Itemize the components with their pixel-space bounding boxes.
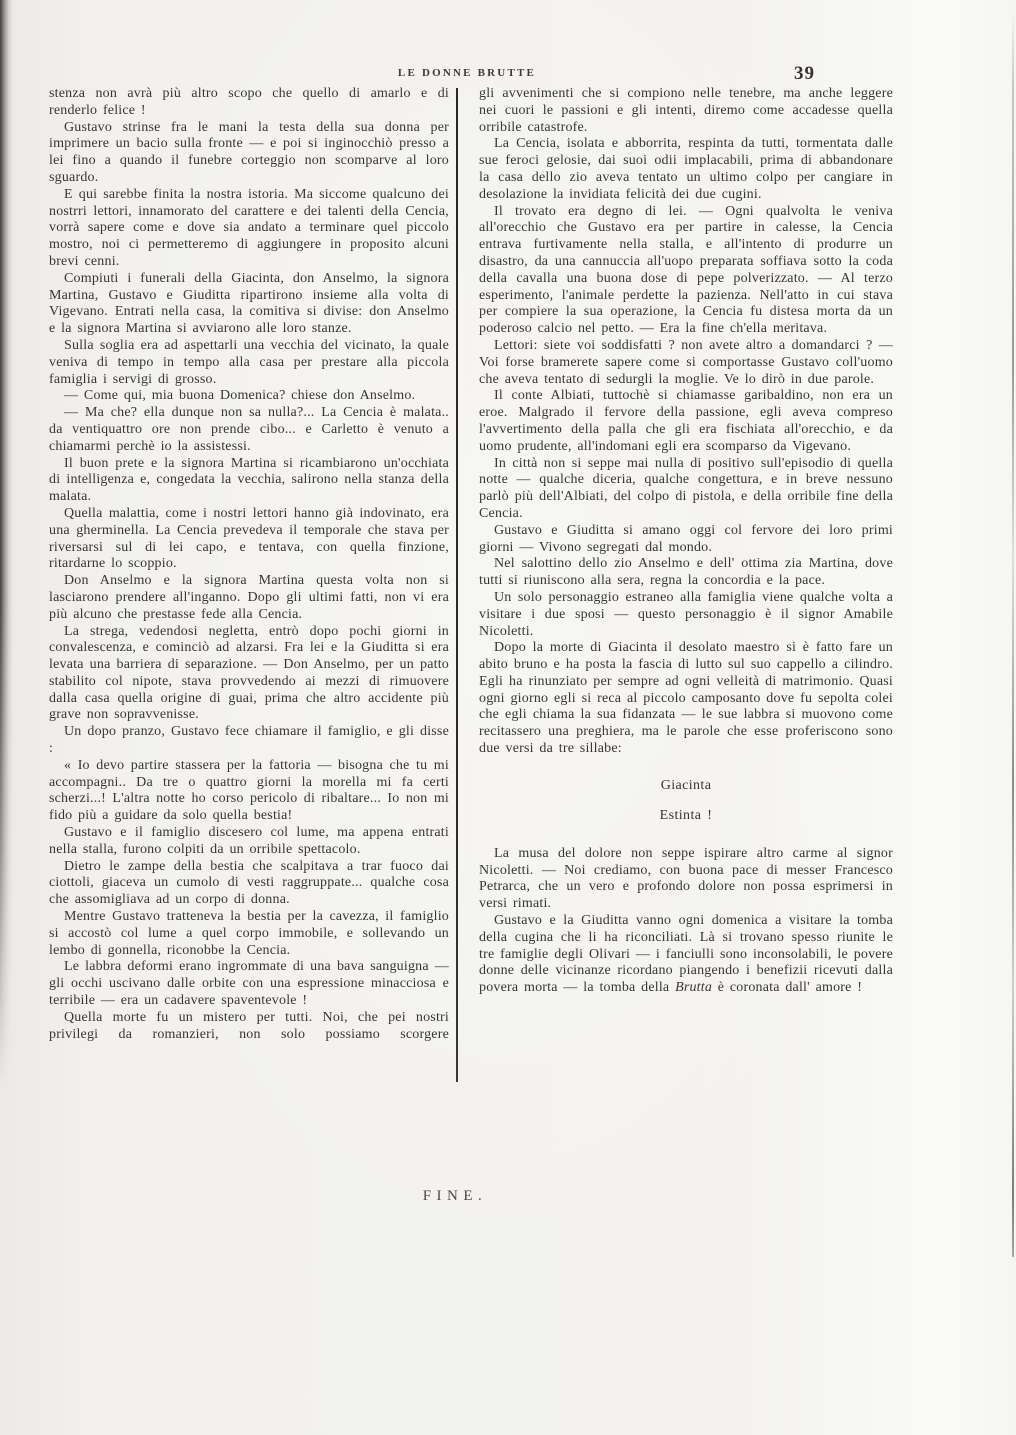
text-run: Mentre Gustavo tratteneva la bestia per … <box>49 909 449 958</box>
paragraph: — Ma che? ella dunque non sa nulla?... L… <box>49 405 449 455</box>
scanned-book-page: LE DONNE BRUTTE 39 stenza non avrà più a… <box>0 0 1016 1435</box>
paragraph: La musa del dolore non seppe ispirare al… <box>479 846 893 913</box>
right-column-upper-text: gli avvenimenti che si compiono nelle te… <box>479 86 893 758</box>
page-number: 39 <box>794 63 815 85</box>
paragraph: Don Anselmo e la signora Martina questa … <box>49 573 449 623</box>
text-run: Quella morte fu un mistero per tutti. No… <box>49 1010 449 1042</box>
paragraph: Compiuti i funerali della Giacinta, don … <box>49 271 449 338</box>
text-run: — Ma che? ella dunque non sa nulla?... L… <box>49 405 449 454</box>
text-run: « Io devo partire stassera per la fattor… <box>49 758 449 823</box>
left-text-column: stenza non avrà più altro scopo che quel… <box>49 86 449 1043</box>
paragraph: Il trovato era degno di lei. — Ogni qual… <box>479 204 893 338</box>
text-run: Lettori: siete voi soddisfatti ? non ave… <box>479 338 893 387</box>
scan-right-edge-line <box>1012 12 1014 1257</box>
text-run: La Cencia, isolata e abborrita, respinta… <box>479 136 893 201</box>
column-divider-rule <box>456 88 458 1082</box>
paragraph: Un dopo pranzo, Gustavo fece chiamare il… <box>49 724 449 758</box>
paragraph: Le labbra deformi erano ingrommate di un… <box>49 959 449 1009</box>
paragraph: La Cencia, isolata e abborrita, respinta… <box>479 136 893 203</box>
text-run: stenza non avrà più altro scopo che quel… <box>49 86 449 118</box>
fine-label: FINE. <box>423 1188 488 1205</box>
paragraph: Sulla soglia era ad aspettarli una vecch… <box>49 338 449 388</box>
text-run: Gustavo strinse fra le mani la testa del… <box>49 120 449 185</box>
paragraph: Il conte Albiati, tuttochè si chiamasse … <box>479 388 893 455</box>
text-run: Gustavo e il famiglio discesero col lume… <box>49 825 449 857</box>
paragraph: E qui sarebbe finita la nostra istoria. … <box>49 187 449 271</box>
paragraph: Quella morte fu un mistero per tutti. No… <box>49 1010 449 1044</box>
italic-text: Brutta <box>675 980 712 995</box>
right-text-column: gli avvenimenti che si compiono nelle te… <box>479 86 893 997</box>
text-run: Dopo la morte di Giacinta il desolato ma… <box>479 640 893 756</box>
text-run: Il buon prete e la signora Martina si ri… <box>49 456 449 505</box>
text-run: Gustavo e Giuditta si amano oggi col fer… <box>479 523 893 555</box>
paragraph: Dopo la morte di Giacinta il desolato ma… <box>479 640 893 758</box>
scan-left-edge-shadow <box>0 0 13 1085</box>
text-run: Il trovato era degno di lei. — Ogni qual… <box>479 204 893 337</box>
paragraph: Lettori: siete voi soddisfatti ? non ave… <box>479 338 893 388</box>
right-column-lower-text: La musa del dolore non seppe ispirare al… <box>479 846 893 997</box>
text-run: Sulla soglia era ad aspettarli una vecch… <box>49 338 449 387</box>
text-run: Le labbra deformi erano ingrommate di un… <box>49 959 449 1008</box>
paragraph: Nel salottino dello zio Anselmo e dell' … <box>479 556 893 590</box>
text-run: Un dopo pranzo, Gustavo fece chiamare il… <box>49 724 449 756</box>
text-run: Un solo personaggio estraneo alla famigl… <box>479 590 893 639</box>
text-run: è coronata dall' amore ! <box>712 980 862 995</box>
text-run: gli avvenimenti che si compiono nelle te… <box>479 86 893 135</box>
text-run: Dietro le zampe della bestia che scalpit… <box>49 859 449 908</box>
text-run: La musa del dolore non seppe ispirare al… <box>479 846 893 911</box>
text-run: Quella malattia, come i nostri lettori h… <box>49 506 449 571</box>
text-run: La strega, vedendosi negletta, entrò dop… <box>49 624 449 723</box>
text-run: Nel salottino dello zio Anselmo e dell' … <box>479 556 893 588</box>
paragraph: « Io devo partire stassera per la fattor… <box>49 758 449 825</box>
paragraph: La strega, vedendosi negletta, entrò dop… <box>49 624 449 725</box>
paragraph: In città non si seppe mai nulla di posit… <box>479 456 893 523</box>
paragraph: Gustavo e Giuditta si amano oggi col fer… <box>479 523 893 557</box>
text-run: Il conte Albiati, tuttochè si chiamasse … <box>479 388 893 453</box>
paragraph: Dietro le zampe della bestia che scalpit… <box>49 859 449 909</box>
paragraph: Mentre Gustavo tratteneva la bestia per … <box>49 909 449 959</box>
text-run: — Come qui, mia buona Domenica? chiese d… <box>64 388 415 403</box>
verse-line-estinta: Estinta ! <box>479 801 893 831</box>
text-run: Compiuti i funerali della Giacinta, don … <box>49 271 449 336</box>
text-run: In città non si seppe mai nulla di posit… <box>479 456 893 521</box>
paragraph: Quella malattia, come i nostri lettori h… <box>49 506 449 573</box>
text-run: E qui sarebbe finita la nostra istoria. … <box>49 187 449 269</box>
paragraph: Gustavo e il famiglio discesero col lume… <box>49 825 449 859</box>
paragraph: Il buon prete e la signora Martina si ri… <box>49 456 449 506</box>
verse-block: Giacinta Estinta ! <box>479 771 893 831</box>
running-header-title: LE DONNE BRUTTE <box>398 67 536 79</box>
text-run: Don Anselmo e la signora Martina questa … <box>49 573 449 622</box>
verse-line-giacinta: Giacinta <box>479 771 893 801</box>
paragraph: Un solo personaggio estraneo alla famigl… <box>479 590 893 640</box>
paragraph: — Come qui, mia buona Domenica? chiese d… <box>49 388 449 405</box>
paragraph: gli avvenimenti che si compiono nelle te… <box>479 86 893 136</box>
paragraph: Gustavo e la Giuditta vanno ogni domenic… <box>479 913 893 997</box>
paragraph: stenza non avrà più altro scopo che quel… <box>49 86 449 120</box>
paragraph: Gustavo strinse fra le mani la testa del… <box>49 120 449 187</box>
